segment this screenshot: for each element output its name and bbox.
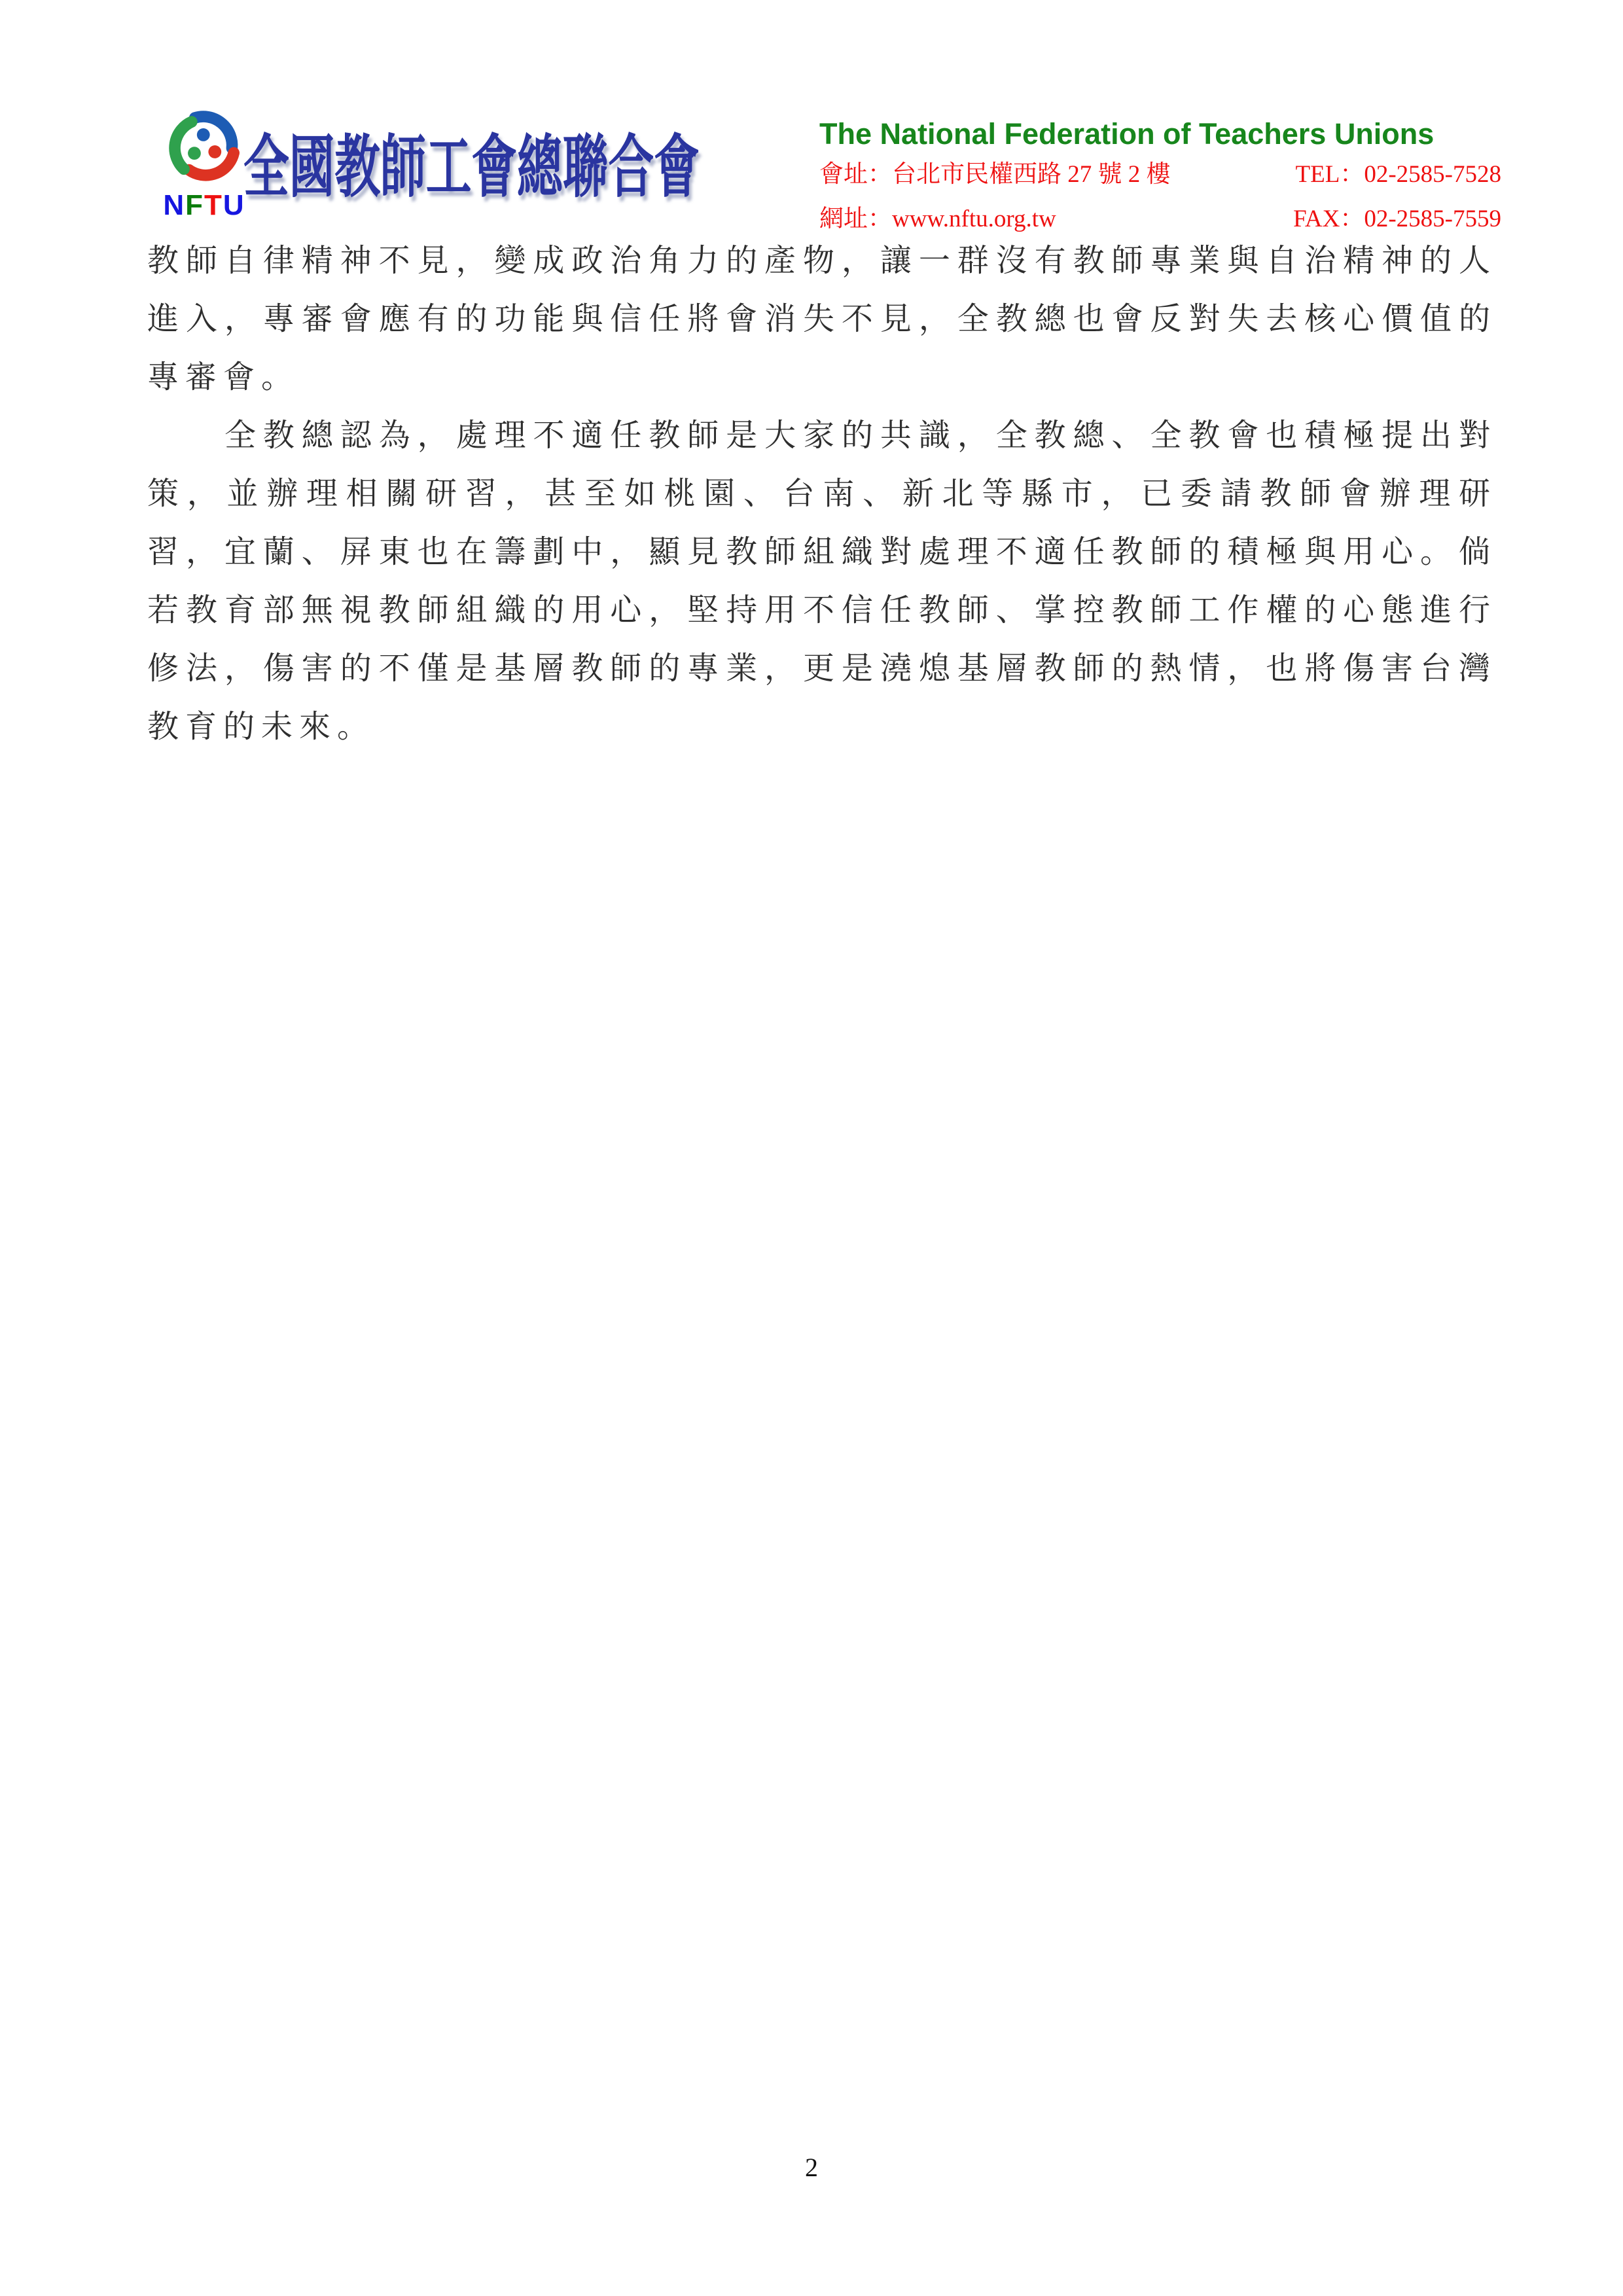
nftu-letter-u: U	[223, 189, 245, 221]
fax-text: FAX：02-2585-7559	[1293, 206, 1501, 234]
paragraph-1: 教師自律精神不見，變成政治角力的產物，讓一群沒有教師專業與自治精神的人進入，專審…	[147, 232, 1497, 406]
document-body: 教師自律精神不見，變成政治角力的產物，讓一群沒有教師專業與自治精神的人進入，專審…	[147, 232, 1497, 756]
nftu-letter-t: T	[204, 189, 223, 221]
header-contact-block: The National Federation of Teachers Unio…	[819, 118, 1501, 234]
nftu-logo-icon	[161, 103, 247, 190]
website-text: 網址：www.nftu.org.tw	[819, 206, 1056, 234]
address-text: 會址：台北市民權西路 27 號 2 樓	[819, 161, 1171, 189]
logo-figure-green	[163, 120, 213, 171]
org-name-english: The National Federation of Teachers Unio…	[819, 118, 1501, 151]
tel-text: TEL：02-2585-7528	[1296, 161, 1501, 189]
paragraph-2: 全教總認為，處理不適任教師是大家的共識，全教總、全教會也積極提出對策，並辦理相關…	[147, 406, 1497, 756]
contact-row-address-tel: 會址：台北市民權西路 27 號 2 樓 TEL：02-2585-7528	[819, 161, 1501, 189]
page-number: 2	[0, 2152, 1623, 2183]
nftu-letter-f: F	[185, 189, 204, 221]
contact-row-web-fax: 網址：www.nftu.org.tw FAX：02-2585-7559	[819, 206, 1501, 234]
org-name-chinese: 全國教師工會總聯合會	[243, 128, 700, 209]
document-page: NFTU 全國教師工會總聯合會 The National Federation …	[0, 0, 1623, 2296]
nftu-letter-n: N	[163, 189, 185, 221]
